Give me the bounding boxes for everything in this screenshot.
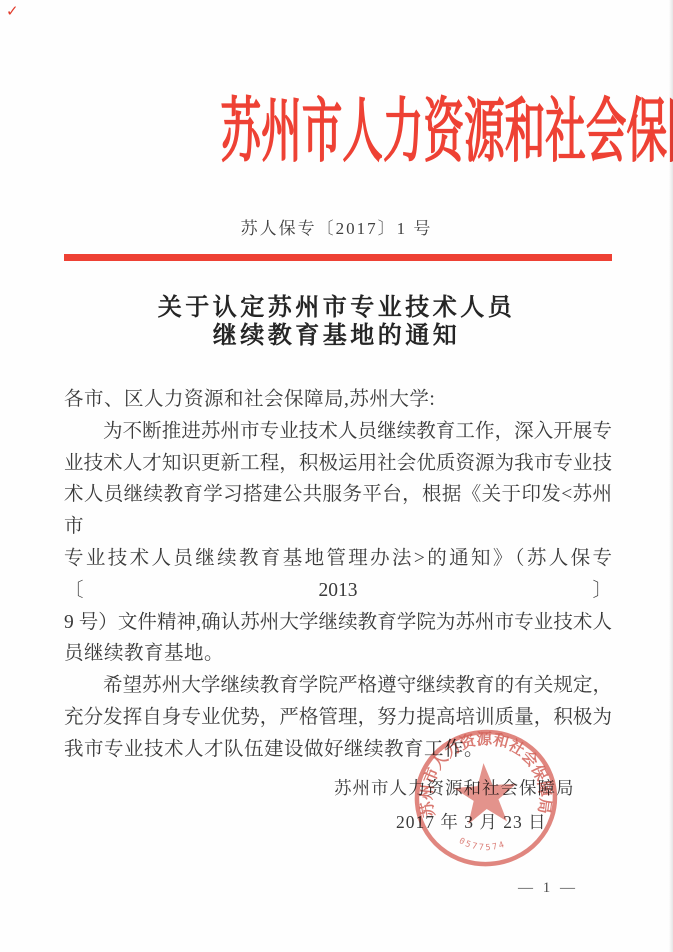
red-divider (64, 254, 612, 261)
document-number: 苏人保专〔2017〕1 号 (0, 214, 673, 239)
star-icon (452, 761, 519, 825)
body-line: 9 号）文件精神,确认苏州大学继续教育学院为苏州市专业技术人 (64, 607, 612, 639)
seal-serial-number: 0577574 (456, 833, 507, 855)
check-mark-icon: ✓ (6, 2, 19, 20)
document-title-line-2: 继续教育基地的通知 (0, 322, 673, 350)
official-seal: 苏州市人力资源和社会保障局 0577574 (404, 721, 570, 878)
body-line: 各市、区人力资源和社会保障局,苏州大学: (64, 384, 612, 416)
scan-edge-shadow (669, 0, 673, 952)
body-line: 术人员继续教育学习搭建公共服务平台，根据《关于印发<苏州市 (64, 479, 612, 543)
letterhead: 苏州市人力资源和社会保障局文件 (0, 92, 673, 174)
body-line: 希望苏州大学继续教育学院严格遵守继续教育的有关规定， (64, 670, 612, 702)
body-text: 各市、区人力资源和社会保障局,苏州大学: 为不断推进苏州市专业技术人员继续教育工… (64, 384, 612, 766)
body-line: 业技术人才知识更新工程，积极运用社会优质资源为我市专业技 (64, 448, 612, 480)
svg-text:0577574: 0577574 (456, 833, 507, 855)
document-title-line-1: 关于认定苏州市专业技术人员 (0, 294, 673, 322)
letterhead-org-title: 苏州市人力资源和社会保障局文件 (221, 92, 673, 174)
document-page: ✓ 苏州市人力资源和社会保障局文件 苏人保专〔2017〕1 号 关于认定苏州市专… (0, 0, 673, 952)
document-title: 关于认定苏州市专业技术人员 继续教育基地的通知 (0, 294, 673, 350)
body-line: 为不断推进苏州市专业技术人员继续教育工作，深入开展专 (64, 416, 612, 448)
body-line: 专业技术人员继续教育基地管理办法>的通知》（苏人保专〔2013〕 (64, 543, 612, 607)
body-line: 员继续教育基地。 (64, 638, 612, 670)
page-number: — 1 — (518, 880, 578, 897)
